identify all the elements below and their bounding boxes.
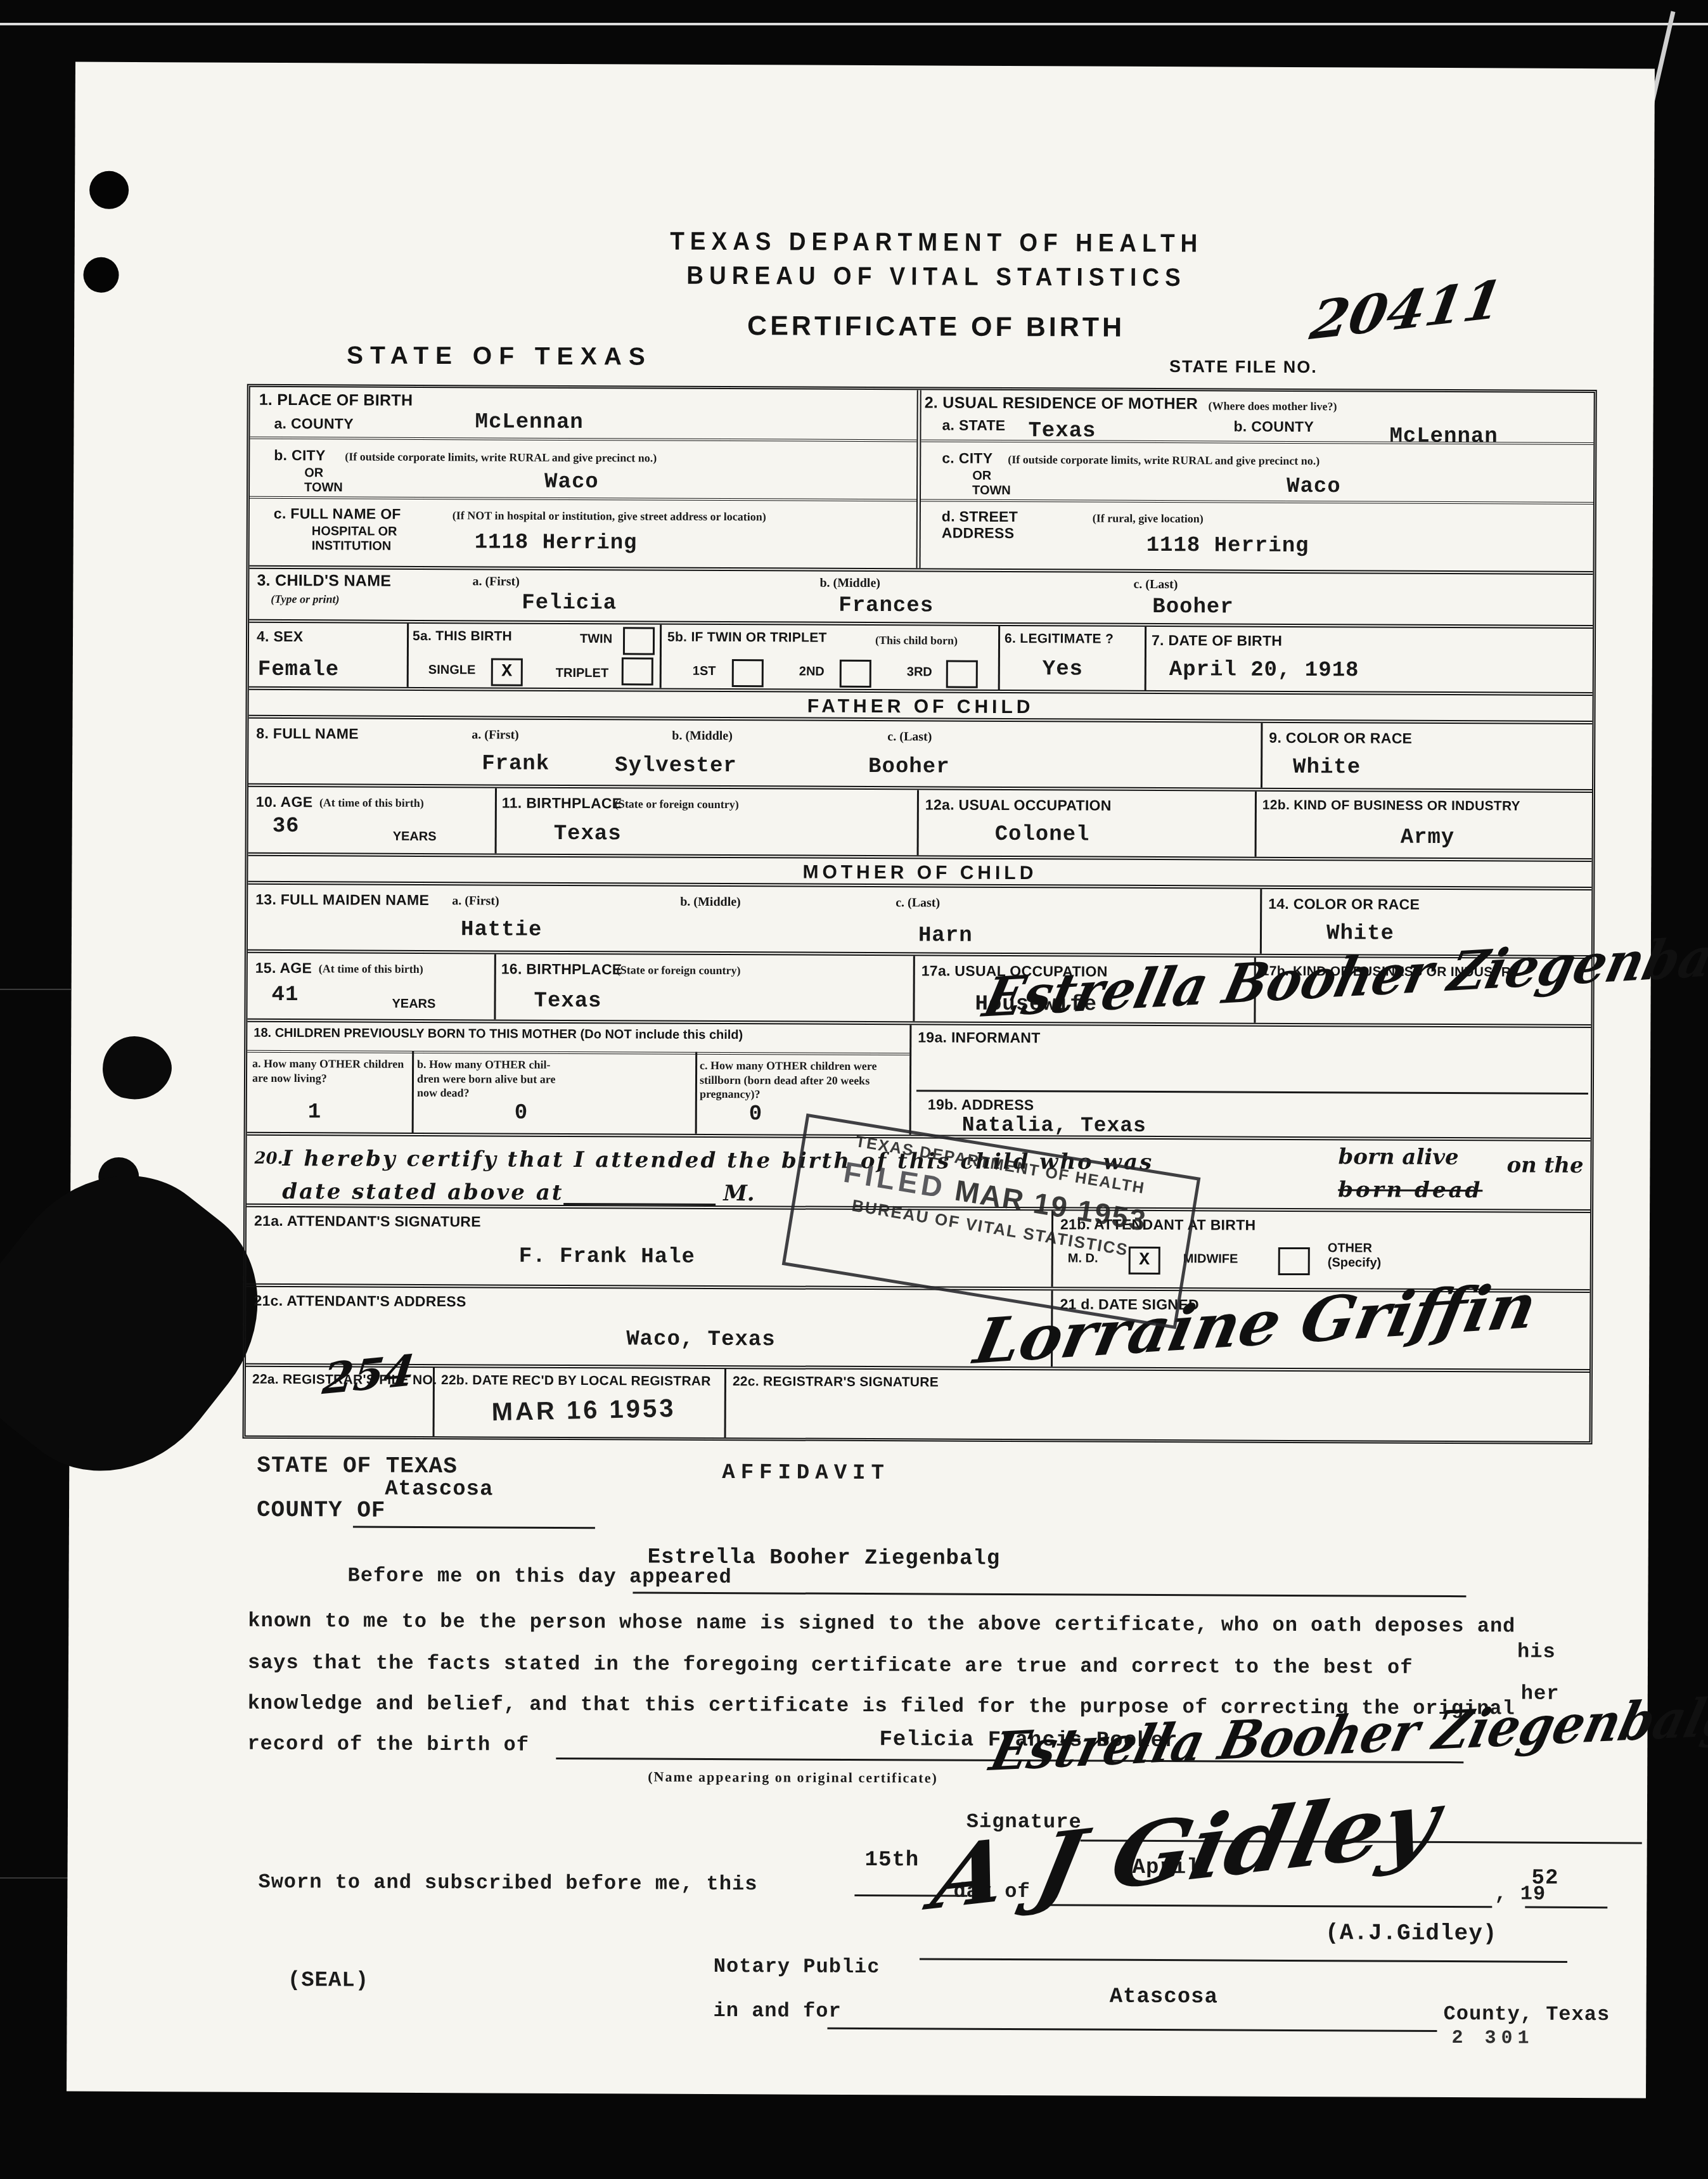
sworn-day-value: 15th — [865, 1849, 920, 1873]
father-industry-value: Army — [1401, 826, 1455, 851]
mother-last-value: Harn — [918, 924, 973, 948]
affidavit-title: AFFIDAVIT — [722, 1458, 890, 1489]
birth-city-label: b. CITY — [274, 447, 325, 464]
mother-middle-label: b. (Middle) — [680, 894, 741, 910]
midwife-label: MIDWIFE — [1183, 1252, 1238, 1266]
father-middle-label: b. (Middle) — [672, 728, 733, 743]
residence-county-label: b. COUNTY — [1233, 418, 1314, 435]
informant-address-label: 19b. ADDRESS — [928, 1096, 1034, 1113]
registrar-signature-label: 22c. REGISTRAR'S SIGNATURE — [733, 1374, 939, 1391]
affidavit-appeared-line — [632, 1591, 1466, 1597]
birth-hospital-value: 1118 Herring — [475, 531, 638, 556]
this-birth-label: 5a. THIS BIRTH — [413, 629, 512, 645]
residence-or-town-label: OR TOWN — [972, 469, 1011, 498]
place-of-birth-title: 1. PLACE OF BIRTH — [259, 391, 413, 410]
residence-street-note: (If rural, give location) — [1093, 511, 1204, 526]
attendant-address-value: Waco, Texas — [626, 1328, 776, 1352]
affidavit-his: his — [1517, 1638, 1556, 1668]
sworn-year-line — [1525, 1906, 1607, 1909]
notary-signature-line — [920, 1958, 1567, 1962]
father-industry-label: 12b. KIND OF BUSINESS OR INDUSTRY — [1262, 798, 1520, 814]
legitimate-label: 6. LEGITIMATE ? — [1005, 631, 1114, 647]
in-and-for-label: in and for — [713, 1996, 841, 2026]
seal-label: (SEAL) — [288, 1965, 369, 1997]
row-children-informant: 18. CHILDREN PREVIOUSLY BORN TO THIS MOT… — [247, 1022, 1591, 1141]
scan-line-left-1 — [0, 989, 71, 990]
triplet-label: TRIPLET — [556, 666, 608, 681]
informant-signature-line — [916, 1089, 1588, 1095]
midwife-checkbox[interactable] — [1278, 1247, 1310, 1275]
twin-label: TWIN — [580, 632, 612, 646]
registrar-date-label: 22b. DATE REC'D BY LOCAL REGISTRAR — [441, 1373, 711, 1389]
father-birthplace-label: 11. BIRTHPLACE — [502, 795, 622, 812]
single-label: SINGLE — [428, 663, 476, 678]
residence-county-value: McLennan — [1389, 425, 1498, 449]
header-certificate-title: CERTIFICATE OF BIRTH — [562, 310, 1310, 344]
child-first-value: Felicia — [522, 592, 617, 616]
row-registrar: 22a. REGISTRAR'S FILE NO. 254 22b. DATE … — [246, 1367, 1589, 1441]
mother-birthplace-label: 16. BIRTHPLACE — [501, 961, 622, 978]
father-occupation-value: Colonel — [995, 823, 1090, 847]
mother-race-value: White — [1326, 922, 1394, 946]
father-birthplace-value: Texas — [554, 823, 622, 847]
father-section-title: FATHER OF CHILD — [249, 693, 1593, 721]
father-first-value: Frank — [482, 752, 549, 776]
residence-city-label: c. CITY — [942, 450, 992, 467]
registrar-date-stamp: MAR 16 1953 — [491, 1394, 676, 1427]
father-age-value: 36 — [273, 815, 300, 839]
mother-name-label: 13. FULL MAIDEN NAME — [255, 891, 429, 909]
father-first-label: a. (First) — [472, 727, 519, 742]
row-sex-birth: 4. SEX Female 5a. THIS BIRTH TWIN SINGLE… — [249, 623, 1593, 696]
residence-title-note: (Where does mother live?) — [1209, 399, 1337, 413]
child-last-label: c. (Last) — [1133, 577, 1178, 592]
sex-value: Female — [258, 659, 340, 683]
residence-city-note: (If outside corporate limits, write RURA… — [1008, 453, 1320, 468]
mother-last-label: c. (Last) — [896, 895, 940, 910]
row-father-name: 8. FULL NAME a. (First) Frank b. (Middle… — [248, 719, 1592, 793]
child-first-label: a. (First) — [472, 574, 520, 589]
registrar-file-value: 254 — [321, 1349, 417, 1401]
father-last-label: c. (Last) — [887, 729, 932, 744]
mother-birthplace-value: Texas — [534, 990, 601, 1014]
affidavit-line1: known to me to be the person whose name … — [248, 1607, 1515, 1642]
father-birthplace-note: (State or foreign country) — [615, 797, 739, 811]
residence-street-label: d. STREET ADDRESS — [942, 508, 1018, 542]
second-born-label: 2ND — [799, 665, 825, 679]
attendant-address-label: 21c. ATTENDANT'S ADDRESS — [254, 1292, 466, 1310]
affidavit-county-line — [353, 1526, 595, 1529]
certify-line2: date stated above at — [282, 1178, 563, 1207]
affidavit-name-note: (Name appearing on original certificate) — [648, 1768, 938, 1787]
scan-line-top — [0, 23, 1708, 25]
birth-county-label: a. COUNTY — [274, 415, 354, 432]
row-place-residence: 1. PLACE OF BIRTH a. COUNTY McLennan b. … — [250, 387, 1594, 575]
punch-hole-2 — [83, 257, 119, 293]
residence-title: 2. USUAL RESIDENCE OF MOTHER — [925, 394, 1198, 413]
birth-city-value: Waco — [544, 471, 599, 495]
mother-first-label: a. (First) — [452, 893, 499, 908]
certify-on-the: on the — [1506, 1151, 1583, 1179]
residence-street-value: 1118 Herring — [1146, 534, 1309, 559]
father-middle-value: Sylvester — [615, 754, 737, 778]
birth-hospital-note: (If NOT in hospital or institution, give… — [453, 508, 871, 524]
informant-address-value: Natalia, Texas — [962, 1114, 1146, 1138]
father-occupation-label: 12a. USUAL OCCUPATION — [925, 796, 1112, 814]
certify-time-line — [563, 1203, 716, 1205]
birth-hospital-label: c. FULL NAME OF — [274, 505, 401, 522]
father-age-label: 10. AGE — [256, 794, 313, 811]
birth-or-town-label: OR TOWN — [304, 466, 343, 495]
affidavit-county-label: COUNTY OF — [257, 1494, 386, 1527]
first-born-label: 1ST — [693, 664, 716, 679]
header-state-of-texas: STATE OF TEXAS — [347, 342, 652, 371]
children-prev-title: 18. CHILDREN PREVIOUSLY BORN TO THIS MOT… — [254, 1026, 743, 1043]
children-stillborn-label: c. How many OTHER children were stillbor… — [700, 1058, 890, 1102]
legitimate-value: Yes — [1043, 658, 1083, 682]
sex-label: 4. SEX — [257, 628, 304, 645]
father-years-label: YEARS — [393, 830, 437, 844]
header-department: TEXAS DEPARTMENT OF HEALTH — [563, 226, 1311, 259]
twin-checkbox[interactable] — [623, 627, 655, 655]
dob-label: 7. DATE OF BIRTH — [1152, 632, 1282, 649]
children-stillborn-value: 0 — [749, 1103, 763, 1126]
scanned-birth-certificate: TEXAS DEPARTMENT OF HEALTH BUREAU OF VIT… — [0, 0, 1708, 2179]
mother-age-note: (At time of this birth) — [319, 961, 423, 976]
twin-triplet-label: 5b. IF TWIN OR TRIPLET — [667, 630, 827, 646]
children-dead-value: 0 — [515, 1102, 529, 1126]
mother-years-label: YEARS — [392, 997, 435, 1012]
notary-public-label: Notary Public — [714, 1952, 880, 1983]
child-name-note: (Type or print) — [271, 592, 339, 607]
affidavit-line2: says that the facts stated in the forego… — [248, 1649, 1413, 1683]
dob-value: April 20, 1918 — [1169, 659, 1359, 683]
affidavit-appeared-value: Estrella Booher Ziegenbalg — [648, 1546, 1001, 1572]
certificate-page: TEXAS DEPARTMENT OF HEALTH BUREAU OF VIT… — [67, 62, 1655, 2099]
notary-signature: A J Gidley — [926, 1778, 1446, 1923]
mother-section-title: MOTHER OF CHILD — [248, 859, 1591, 887]
certify-born-dead-struck: born dead — [1338, 1176, 1482, 1204]
mother-first-value: Hattie — [461, 918, 543, 942]
affidavit-county-value: Atascosa — [385, 1478, 493, 1502]
child-last-value: Booher — [1152, 596, 1234, 620]
affidavit-line4: record of the birth of — [247, 1730, 529, 1760]
sworn-year-value: 52 — [1531, 1867, 1558, 1891]
ink-blob-1 — [96, 1029, 177, 1108]
certify-m: M. — [723, 1179, 755, 1207]
header-bureau: BUREAU OF VITAL STATISTICS — [562, 260, 1310, 293]
child-middle-value: Frances — [838, 595, 934, 619]
scan-line-left-2 — [0, 1877, 71, 1879]
notary-typed-name: (A.J.Gidley) — [1325, 1920, 1497, 1946]
third-born-checkbox[interactable] — [946, 660, 978, 688]
attendant-signature-label: 21a. ATTENDANT'S SIGNATURE — [254, 1212, 481, 1230]
father-name-label: 8. FULL NAME — [256, 725, 359, 742]
children-living-value: 1 — [308, 1101, 322, 1124]
twin-triplet-note: (This child born) — [875, 633, 958, 648]
notary-county-value: Atascosa — [1110, 1986, 1218, 2010]
attendant-signature-value: F. Frank Hale — [519, 1245, 695, 1270]
mother-birthplace-note: (State or foreign country) — [617, 963, 741, 977]
punch-hole-1 — [89, 171, 129, 209]
child-name-title: 3. CHILD'S NAME — [257, 572, 391, 591]
state-file-no-value: 20411 — [1307, 273, 1506, 347]
state-file-no-label: STATE FILE NO. — [1169, 357, 1318, 377]
residence-state-value: Texas — [1028, 420, 1096, 444]
single-checkbox[interactable]: X — [491, 658, 523, 686]
certify-num: 20. — [254, 1148, 283, 1170]
father-race-value: White — [1293, 756, 1361, 780]
mother-age-value: 41 — [271, 984, 299, 1008]
row-father-details: 10. AGE (At time of this birth) 36 YEARS… — [248, 787, 1592, 862]
first-born-checkbox[interactable] — [732, 659, 764, 687]
certify-born-alive: born alive — [1338, 1143, 1458, 1171]
child-middle-label: b. (Middle) — [819, 575, 880, 591]
birth-hospital-label2: HOSPITAL OR INSTITUTION — [312, 524, 397, 554]
children-living-label: a. How many OTHER children are now livin… — [252, 1057, 407, 1086]
third-born-label: 3RD — [907, 665, 932, 679]
birth-county-value: McLennan — [475, 411, 583, 435]
residence-city-value: Waco — [1287, 475, 1341, 499]
father-race-label: 9. COLOR OR RACE — [1269, 730, 1412, 747]
row-child-name: 3. CHILD'S NAME (Type or print) a. (Firs… — [249, 569, 1593, 629]
father-last-value: Booher — [868, 755, 950, 780]
informant-label: 19a. INFORMANT — [918, 1029, 1040, 1046]
notary-county-line — [827, 2028, 1437, 2032]
residence-state-label: a. STATE — [942, 417, 1005, 434]
footer-code: 2 301 — [1451, 2025, 1534, 2053]
other-specify-label: OTHER (Specify) — [1328, 1241, 1382, 1270]
second-born-checkbox[interactable] — [840, 660, 871, 688]
children-dead-label: b. How many OTHER chil- dren were born a… — [417, 1057, 566, 1101]
birth-city-note: (If outside corporate limits, write RURA… — [345, 449, 657, 465]
father-age-note: (At time of this birth) — [319, 795, 424, 810]
triplet-checkbox[interactable] — [622, 657, 653, 685]
sworn-label: Sworn to and subscribed before me, this — [258, 1868, 757, 1899]
mother-age-label: 15. AGE — [255, 960, 312, 977]
mother-race-label: 14. COLOR OR RACE — [1268, 896, 1420, 913]
